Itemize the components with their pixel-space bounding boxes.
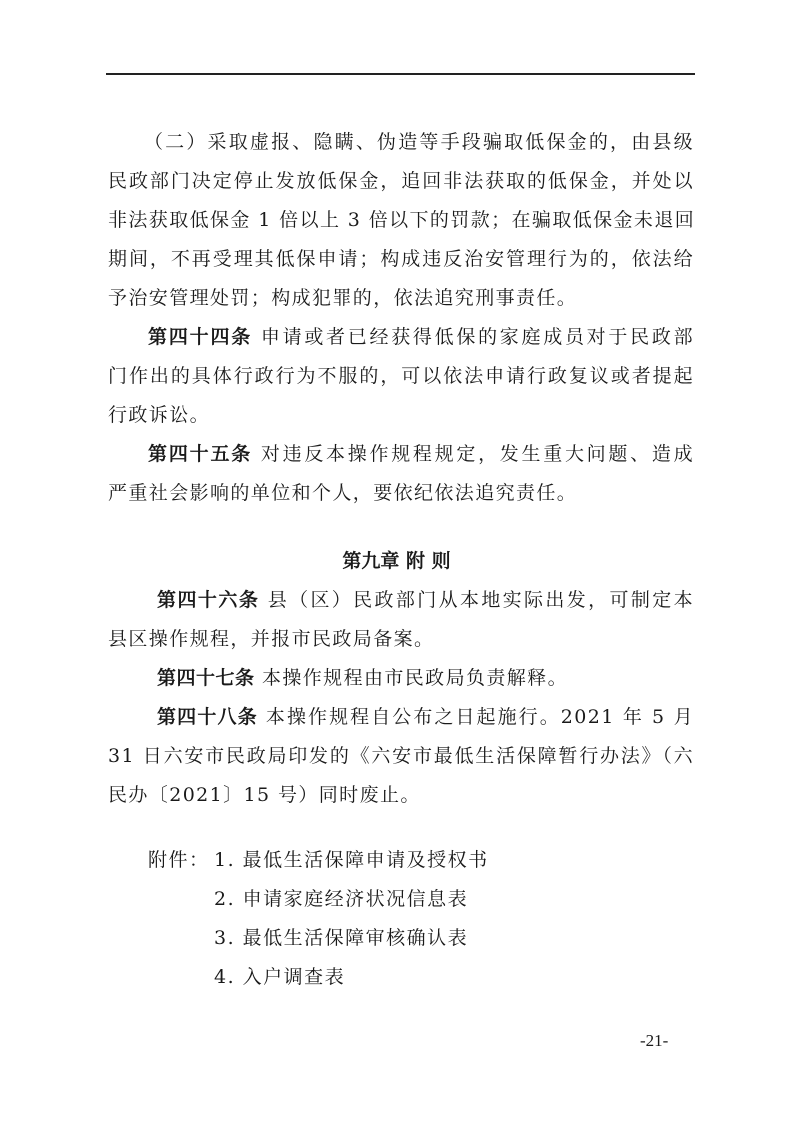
attachment-item: 3. 最低生活保障审核确认表 bbox=[214, 926, 468, 950]
article-45-first-line: 第四十五条 对违反本操作规程规定，发生重大问题、造成 bbox=[148, 442, 694, 466]
paragraph-line: 期间，不再受理其低保申请；构成违反治安管理行为的，依法给 bbox=[108, 247, 694, 271]
attachment-item: 4. 入户调查表 bbox=[214, 965, 345, 989]
attachment-item: 1. 最低生活保障申请及授权书 bbox=[214, 848, 489, 872]
article-label: 第四十四条 bbox=[148, 326, 252, 348]
article-label: 第四十五条 bbox=[148, 443, 252, 465]
article-text: 县（区）民政部门从本地实际出发，可制定本 bbox=[268, 589, 694, 611]
article-text: 本操作规程自公布之日起施行。2021 年 5 月 bbox=[266, 706, 694, 728]
paragraph-line: 非法获取低保金 1 倍以上 3 倍以下的罚款；在骗取低保金未退回 bbox=[108, 208, 694, 232]
paragraph-line: 行政诉讼。 bbox=[108, 403, 694, 427]
paragraph-line: 民政部门决定停止发放低保金，追回非法获取的低保金，并处以 bbox=[108, 169, 694, 193]
article-text: 申请或者已经获得低保的家庭成员对于民政部 bbox=[261, 326, 694, 348]
attachments-label: 附件： bbox=[148, 848, 210, 872]
article-label: 第四十七条 bbox=[157, 667, 255, 689]
paragraph-line: 民办〔2021〕15 号）同时废止。 bbox=[108, 783, 694, 807]
page-number: -21- bbox=[640, 1030, 668, 1052]
paragraph-line: 门作出的具体行政行为不服的，可以依法申请行政复议或者提起 bbox=[108, 364, 694, 388]
article-46-first-line: 第四十六条 县（区）民政部门从本地实际出发，可制定本 bbox=[157, 588, 694, 612]
attachment-item: 2. 申请家庭经济状况信息表 bbox=[214, 887, 468, 911]
paragraph-line: 予治安管理处罚；构成犯罪的，依法追究刑事责任。 bbox=[108, 286, 694, 310]
article-47-line: 第四十七条 本操作规程由市民政局负责解释。 bbox=[157, 666, 694, 690]
article-text: 本操作规程由市民政局负责解释。 bbox=[262, 667, 568, 689]
article-text: 对违反本操作规程规定，发生重大问题、造成 bbox=[261, 443, 694, 465]
paragraph-line: 严重社会影响的单位和个人，要依纪依法追究责任。 bbox=[108, 481, 694, 505]
header-rule bbox=[106, 73, 695, 75]
article-48-first-line: 第四十八条 本操作规程自公布之日起施行。2021 年 5 月 bbox=[157, 705, 694, 729]
paragraph-line: 县区操作规程，并报市民政局备案。 bbox=[108, 627, 694, 651]
article-label: 第四十八条 bbox=[157, 706, 258, 728]
paragraph-line: 31 日六安市民政局印发的《六安市最低生活保障暂行办法》（六 bbox=[108, 744, 694, 768]
chapter-heading: 第九章 附 则 bbox=[0, 549, 793, 573]
paragraph-line: （二）采取虚报、隐瞒、伪造等手段骗取低保金的，由县级 bbox=[144, 130, 694, 154]
article-44-first-line: 第四十四条 申请或者已经获得低保的家庭成员对于民政部 bbox=[148, 325, 694, 349]
article-label: 第四十六条 bbox=[157, 589, 259, 611]
